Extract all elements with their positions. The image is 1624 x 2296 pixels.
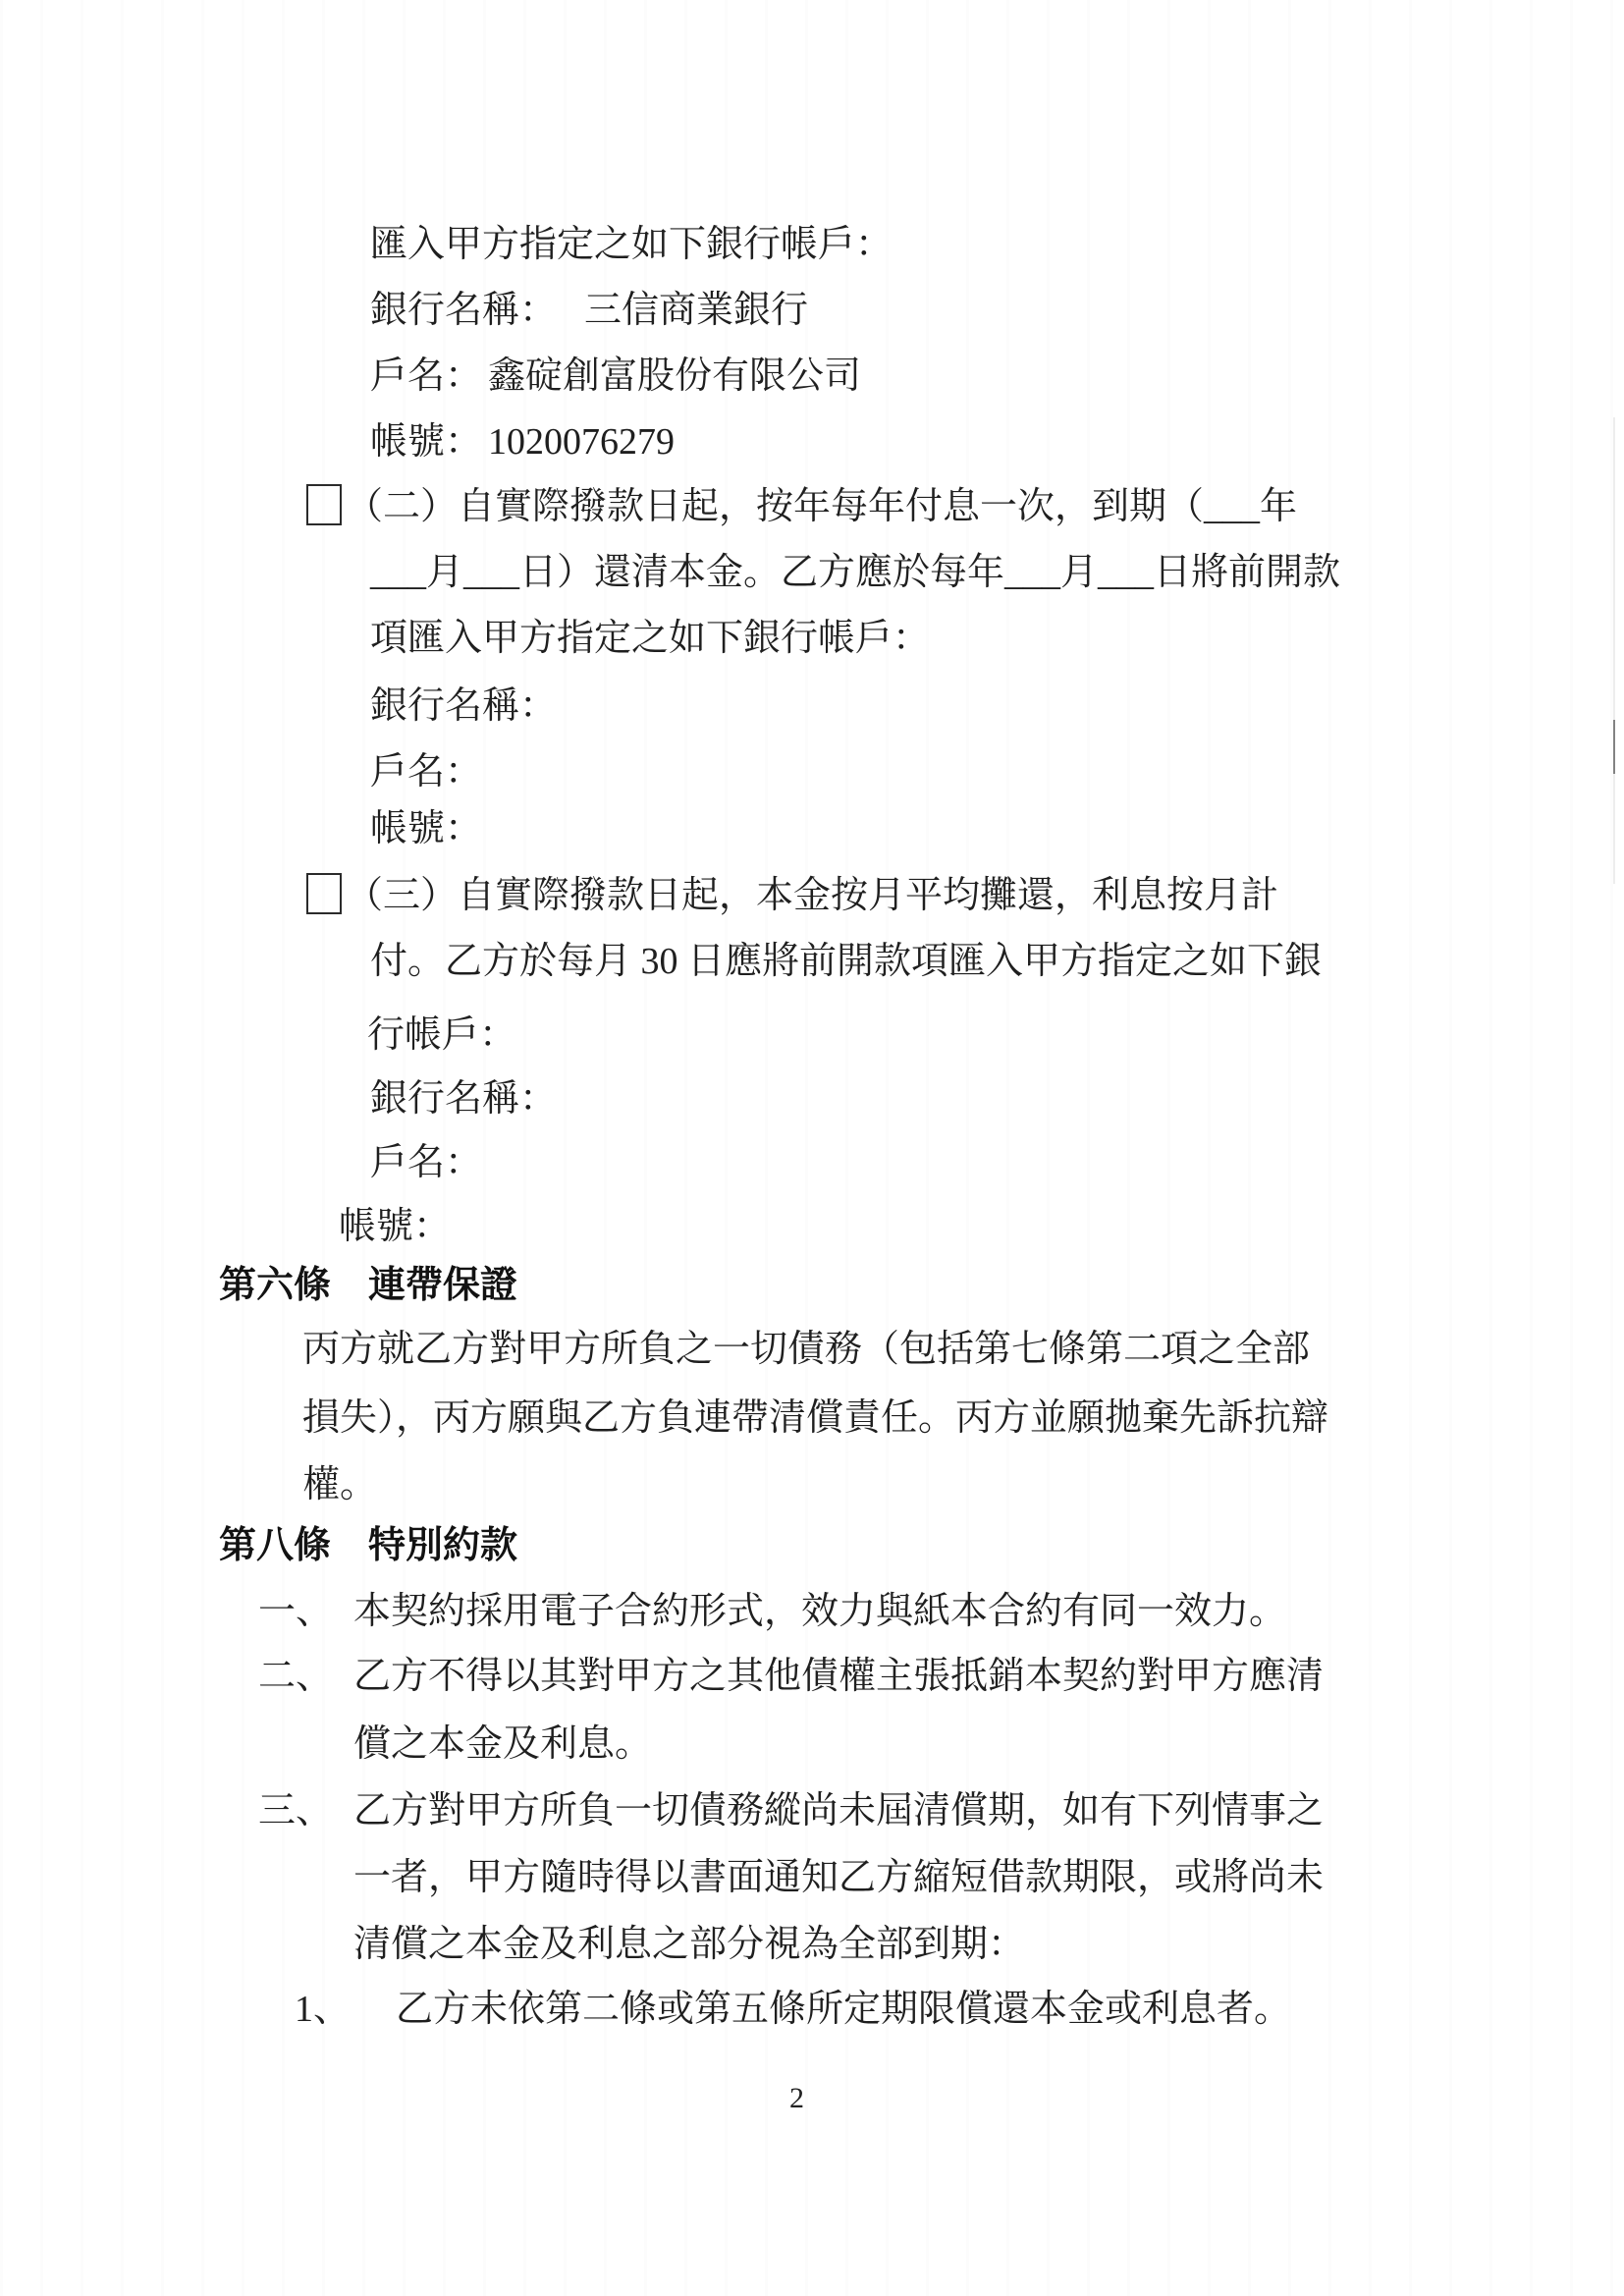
option2-account-number-label: 帳號： (370, 805, 482, 852)
article8-number: 第八條 (219, 1525, 331, 1566)
article8-item2-number: 二、 (258, 1656, 333, 1697)
option3-number: （三） (346, 875, 458, 916)
option3-account-number-label: 帳號： (339, 1203, 451, 1250)
article8-item3-cont1: 一者，甲方隨時得以書面通知乙方縮短借款期限，或將尚未 (353, 1854, 1324, 1901)
option3-line2: 付。乙方於每月 30 日應將前開款項匯入甲方指定之如下銀 (370, 938, 1322, 985)
option1-account-name-row: 戶名：鑫碇創富股份有限公司 (370, 353, 861, 400)
article8-item2-cont: 償之本金及利息。 (353, 1721, 652, 1768)
contract-page: 匯入甲方指定之如下銀行帳戶： 銀行名稱：三信商業銀行 戶名：鑫碇創富股份有限公司… (0, 0, 1624, 2296)
article6-body-line1: 丙方就乙方對甲方所負之一切債務（包括第七條第二項之全部 (302, 1326, 1310, 1373)
page-number: 2 (789, 2082, 804, 2115)
article8-item2-text: 乙方不得以其對甲方之其他債權主張抵銷本契約對甲方應清 (353, 1656, 1324, 1697)
article8-item1-text: 本契約採用電子合約形式，效力與紙本合約有同一效力。 (353, 1591, 1286, 1632)
option2-line3: 項匯入甲方指定之如下銀行帳戶： (370, 615, 930, 662)
option3-line1: （三）自實際撥款日起，本金按月平均攤還，利息按月計 (306, 872, 1278, 919)
option2-line1: （二）自實際撥款日起，按年每年付息一次，到期（___年 (306, 483, 1297, 530)
option1-account-number-value: 1020076279 (488, 421, 675, 463)
article8-item3-cont2: 清償之本金及利息之部分視為全部到期： (353, 1921, 1025, 1968)
option2-bank-name-label: 銀行名稱： (370, 683, 557, 730)
option1-account-number-label: 帳號： (370, 421, 482, 463)
option1-intro-line: 匯入甲方指定之如下銀行帳戶： (370, 221, 893, 268)
article6-title: 連帶保證 (368, 1265, 517, 1306)
article6-body-line2: 損失），丙方願與乙方負連帶清償責任。丙方並願拋棄先訴抗辯 (302, 1394, 1328, 1442)
option2-checkbox[interactable] (306, 484, 342, 525)
option1-bank-name-value: 三信商業銀行 (584, 290, 808, 331)
article8-item3-text: 乙方對甲方所負一切債務縱尚未屆清償期，如有下列情事之 (353, 1790, 1324, 1831)
option1-account-name-value: 鑫碇創富股份有限公司 (488, 355, 861, 397)
article8-item3-number: 三、 (258, 1790, 333, 1831)
option1-bank-name-label: 銀行名稱： (370, 290, 557, 331)
article8-item2-row: 二、乙方不得以其對甲方之其他債權主張抵銷本契約對甲方應清 (258, 1653, 1324, 1700)
option3-bank-name-label: 銀行名稱： (370, 1075, 557, 1122)
option2-number: （二） (346, 486, 458, 527)
article6-number: 第六條 (219, 1265, 331, 1306)
option3-account-name-label: 戶名： (370, 1139, 482, 1186)
option3-text1: 自實際撥款日起，本金按月平均攤還，利息按月計 (458, 875, 1278, 916)
option2-account-name-label: 戶名： (370, 748, 482, 795)
article8-title: 特別約款 (368, 1525, 517, 1566)
article8-item1-row: 一、本契約採用電子合約形式，效力與紙本合約有同一效力。 (258, 1588, 1286, 1635)
option2-line2: ___月___日）還清本金。乙方應於每年___月___日將前開款 (370, 549, 1340, 596)
article8-subitem1-row: 1、乙方未依第二條或第五條所定期限償還本金或利息者。 (295, 1986, 1291, 2033)
option3-checkbox[interactable] (306, 873, 342, 914)
option3-line3: 行帳戶： (367, 1011, 516, 1059)
scan-artifact-line (1613, 417, 1615, 884)
article8-subitem1-number: 1、 (295, 1989, 351, 2030)
option1-account-number-row: 帳號：1020076279 (370, 418, 675, 465)
option1-account-name-label: 戶名： (370, 355, 482, 397)
article6-body-line3: 權。 (302, 1461, 377, 1508)
article8-heading: 第八條特別約款 (219, 1522, 517, 1569)
option1-bank-name-row: 銀行名稱：三信商業銀行 (370, 287, 808, 334)
article6-heading: 第六條連帶保證 (219, 1262, 517, 1309)
scan-artifact-mark (1613, 720, 1615, 774)
article8-subitem1-text: 乙方未依第二條或第五條所定期限償還本金或利息者。 (396, 1989, 1291, 2030)
option2-text1: 自實際撥款日起，按年每年付息一次，到期（___年 (458, 486, 1297, 527)
article8-item3-row: 三、乙方對甲方所負一切債務縱尚未屆清償期，如有下列情事之 (258, 1787, 1324, 1834)
article8-item1-number: 一、 (258, 1591, 333, 1632)
